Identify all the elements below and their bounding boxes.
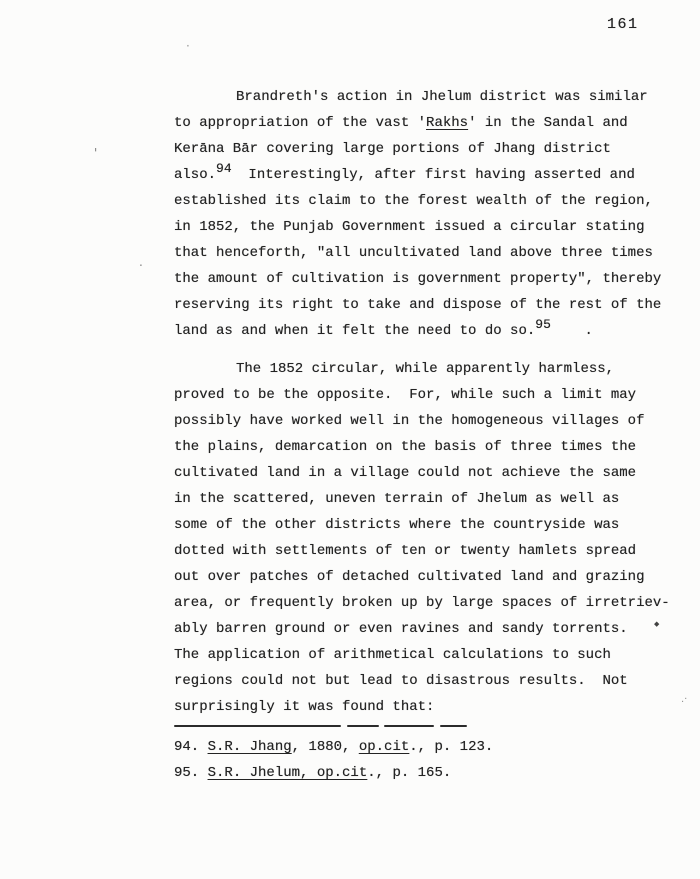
text-run: out over patches of detached cultivated … — [174, 569, 644, 585]
scan-artifact: ' — [94, 147, 97, 159]
text-line: area, or frequently broken up by large s… — [174, 590, 694, 616]
page-number: 161 — [607, 16, 639, 33]
text-run: . — [551, 323, 593, 339]
text-line: the amount of cultivation is government … — [174, 266, 694, 292]
text-run: established its claim to the forest weal… — [174, 193, 653, 209]
text-run: in the scattered, uneven terrain of Jhel… — [174, 491, 619, 507]
text-run: ably barren ground or even ravines and s… — [174, 621, 628, 637]
text-line: dotted with settlements of ten or twenty… — [174, 538, 694, 564]
text-line: reserving its right to take and dispose … — [174, 292, 694, 318]
document-page: 161 Brandreth's action in Jhelum distric… — [0, 0, 700, 879]
text-run: Brandreth's action in Jhelum district wa… — [236, 89, 648, 105]
scan-artifact: · — [186, 40, 190, 52]
paragraph: Brandreth's action in Jhelum district wa… — [174, 84, 694, 344]
text-line: land as and when it felt the need to do … — [174, 318, 694, 344]
text-line: The 1852 circular, while apparently harm… — [174, 356, 694, 382]
text-line: Kerāna Bār covering large portions of Jh… — [174, 136, 694, 162]
text-line: The application of arithmetical calculat… — [174, 642, 694, 668]
text-run: area, or frequently broken up by large s… — [174, 595, 670, 611]
text-line: some of the other districts where the co… — [174, 512, 694, 538]
text-run: land as and when it felt the need to do … — [174, 323, 535, 339]
text-block: Brandreth's action in Jhelum district wa… — [174, 84, 694, 786]
text-run: Interestingly, after first having assert… — [232, 167, 635, 183]
underlined-text: Rakhs — [426, 115, 468, 131]
scan-artifact: . — [139, 256, 143, 268]
text-run: regions could not but lead to disastrous… — [174, 673, 628, 689]
footnote-rule-segment — [347, 725, 379, 727]
text-run: proved to be the opposite. For, while su… — [174, 387, 636, 403]
text-run: Kerāna Bār covering large portions of Jh… — [174, 141, 611, 157]
text-run: reserving its right to take and dispose … — [174, 297, 661, 313]
text-run: possibly have worked well in the homogen… — [174, 413, 644, 429]
text-run: ., p. 165. — [367, 765, 451, 781]
footnote: 95. S.R. Jhelum, op.cit., p. 165. — [174, 760, 694, 786]
footnotes: 94. S.R. Jhang, 1880, op.cit., p. 123.95… — [174, 734, 694, 786]
footnote-rule-segment — [440, 725, 467, 727]
text-run: The application of arithmetical calculat… — [174, 647, 611, 663]
footnote-rule — [174, 725, 474, 728]
text-line: also.94 Interestingly, after first havin… — [174, 162, 694, 188]
text-line: that henceforth, "all uncultivated land … — [174, 240, 694, 266]
text-run: the amount of cultivation is government … — [174, 271, 661, 287]
text-line: the plains, demarcation on the basis of … — [174, 434, 694, 460]
text-line: to appropriation of the vast 'Rakhs' in … — [174, 110, 694, 136]
footnote-rule-segment — [384, 725, 434, 727]
text-run: in 1852, the Punjab Government issued a … — [174, 219, 644, 235]
scan-artifact: ◆ — [654, 621, 659, 628]
text-run: ., p. 123. — [409, 739, 493, 755]
text-run: ' in the Sandal and — [468, 115, 628, 131]
text-run: cultivated land in a village could not a… — [174, 465, 636, 481]
text-run: 95. — [174, 765, 208, 781]
scan-artifact: .· — [681, 695, 687, 705]
text-run: The 1852 circular, while apparently harm… — [236, 361, 614, 377]
text-run: to appropriation of the vast ' — [174, 115, 426, 131]
text-run: dotted with settlements of ten or twenty… — [174, 543, 636, 559]
underlined-text: op.cit — [359, 739, 409, 755]
text-run: , 1880, — [292, 739, 359, 755]
text-line: possibly have worked well in the homogen… — [174, 408, 694, 434]
text-line: in the scattered, uneven terrain of Jhel… — [174, 486, 694, 512]
underlined-text: S.R. Jhang — [208, 739, 292, 755]
footnote-rule-segment — [174, 725, 341, 727]
text-line: regions could not but lead to disastrous… — [174, 668, 694, 694]
text-run: the plains, demarcation on the basis of … — [174, 439, 636, 455]
text-line: ably barren ground or even ravines and s… — [174, 616, 694, 642]
text-line: established its claim to the forest weal… — [174, 188, 694, 214]
footnote: 94. S.R. Jhang, 1880, op.cit., p. 123. — [174, 734, 694, 760]
text-line: out over patches of detached cultivated … — [174, 564, 694, 590]
underlined-text: S.R. Jhelum, op.cit — [208, 765, 368, 781]
text-run: surprisingly it was found that: — [174, 699, 434, 715]
text-run: also. — [174, 167, 216, 183]
text-line: surprisingly it was found that: — [174, 694, 694, 720]
paragraph: The 1852 circular, while apparently harm… — [174, 356, 694, 720]
text-run: some of the other districts where the co… — [174, 517, 619, 533]
paragraphs-container: Brandreth's action in Jhelum district wa… — [174, 84, 694, 720]
text-line: proved to be the opposite. For, while su… — [174, 382, 694, 408]
text-line: Brandreth's action in Jhelum district wa… — [174, 84, 694, 110]
text-run: 94. — [174, 739, 208, 755]
text-line: cultivated land in a village could not a… — [174, 460, 694, 486]
text-run: that henceforth, "all uncultivated land … — [174, 245, 653, 261]
text-line: in 1852, the Punjab Government issued a … — [174, 214, 694, 240]
